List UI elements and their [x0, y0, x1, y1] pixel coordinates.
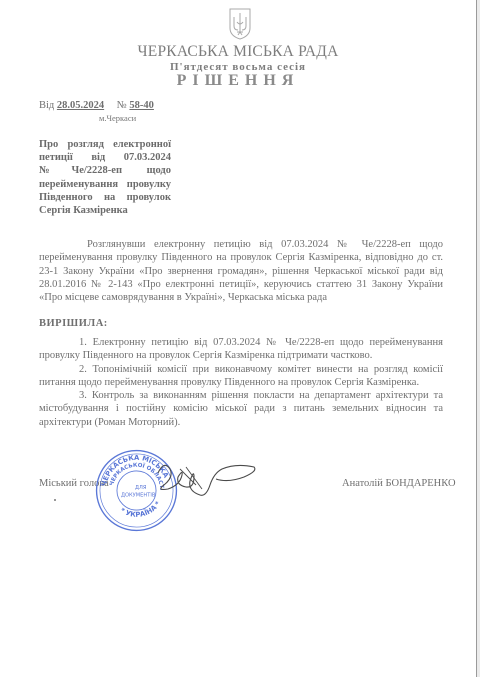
- number-prefix: №: [117, 100, 127, 111]
- decision-items: 1. Електронну петицію від 07.03.2024 № Ч…: [39, 336, 443, 429]
- city: м.Черкаси: [99, 113, 136, 123]
- scan-speck: [54, 499, 56, 501]
- resolved-heading: ВИРІШИЛА:: [39, 317, 443, 330]
- decision-item-3: 3. Контроль за виконанням рішення поклас…: [39, 389, 443, 429]
- subject-line: Сергія Казміренка: [39, 204, 171, 217]
- trident-coat-of-arms-icon: [228, 8, 252, 40]
- date-prefix: Від: [39, 100, 54, 111]
- decision-item-2: 2. Топонімічній комісії при виконавчому …: [39, 363, 443, 390]
- preamble-text: Розглянувши електронну петицію від 07.03…: [39, 238, 443, 304]
- signatory-name: Анатолій БОНДАРЕНКО: [342, 478, 456, 489]
- decision-title: РІШЕННЯ: [0, 72, 476, 90]
- council-name: ЧЕРКАСЬКА МІСЬКА РАДА: [0, 43, 476, 61]
- decision-meta: Від 28.05.2024 № 58-40: [39, 100, 154, 111]
- handwritten-signature: [150, 455, 260, 505]
- decision-date: 28.05.2024: [57, 100, 104, 111]
- decision-subject: Про розгляд електронної петиції від 07.0…: [39, 138, 171, 217]
- svg-text:ДЛЯ: ДЛЯ: [135, 485, 147, 491]
- decision-item-1: 1. Електронну петицію від 07.03.2024 № Ч…: [39, 336, 443, 363]
- subject-line: №Че/2228-еп щодо: [39, 164, 171, 177]
- decision-number: 58-40: [129, 100, 154, 111]
- document-page: ЧЕРКАСЬКА МІСЬКА РАДА П'ятдесят восьма с…: [0, 0, 476, 677]
- preamble: Розглянувши електронну петицію від 07.03…: [39, 238, 443, 304]
- subject-line: петиції від 07.03.2024: [39, 151, 171, 164]
- subject-line: Південного на провулок: [39, 191, 171, 204]
- subject-line: перейменування провулку: [39, 178, 171, 191]
- subject-line: Про розгляд електронної: [39, 138, 171, 151]
